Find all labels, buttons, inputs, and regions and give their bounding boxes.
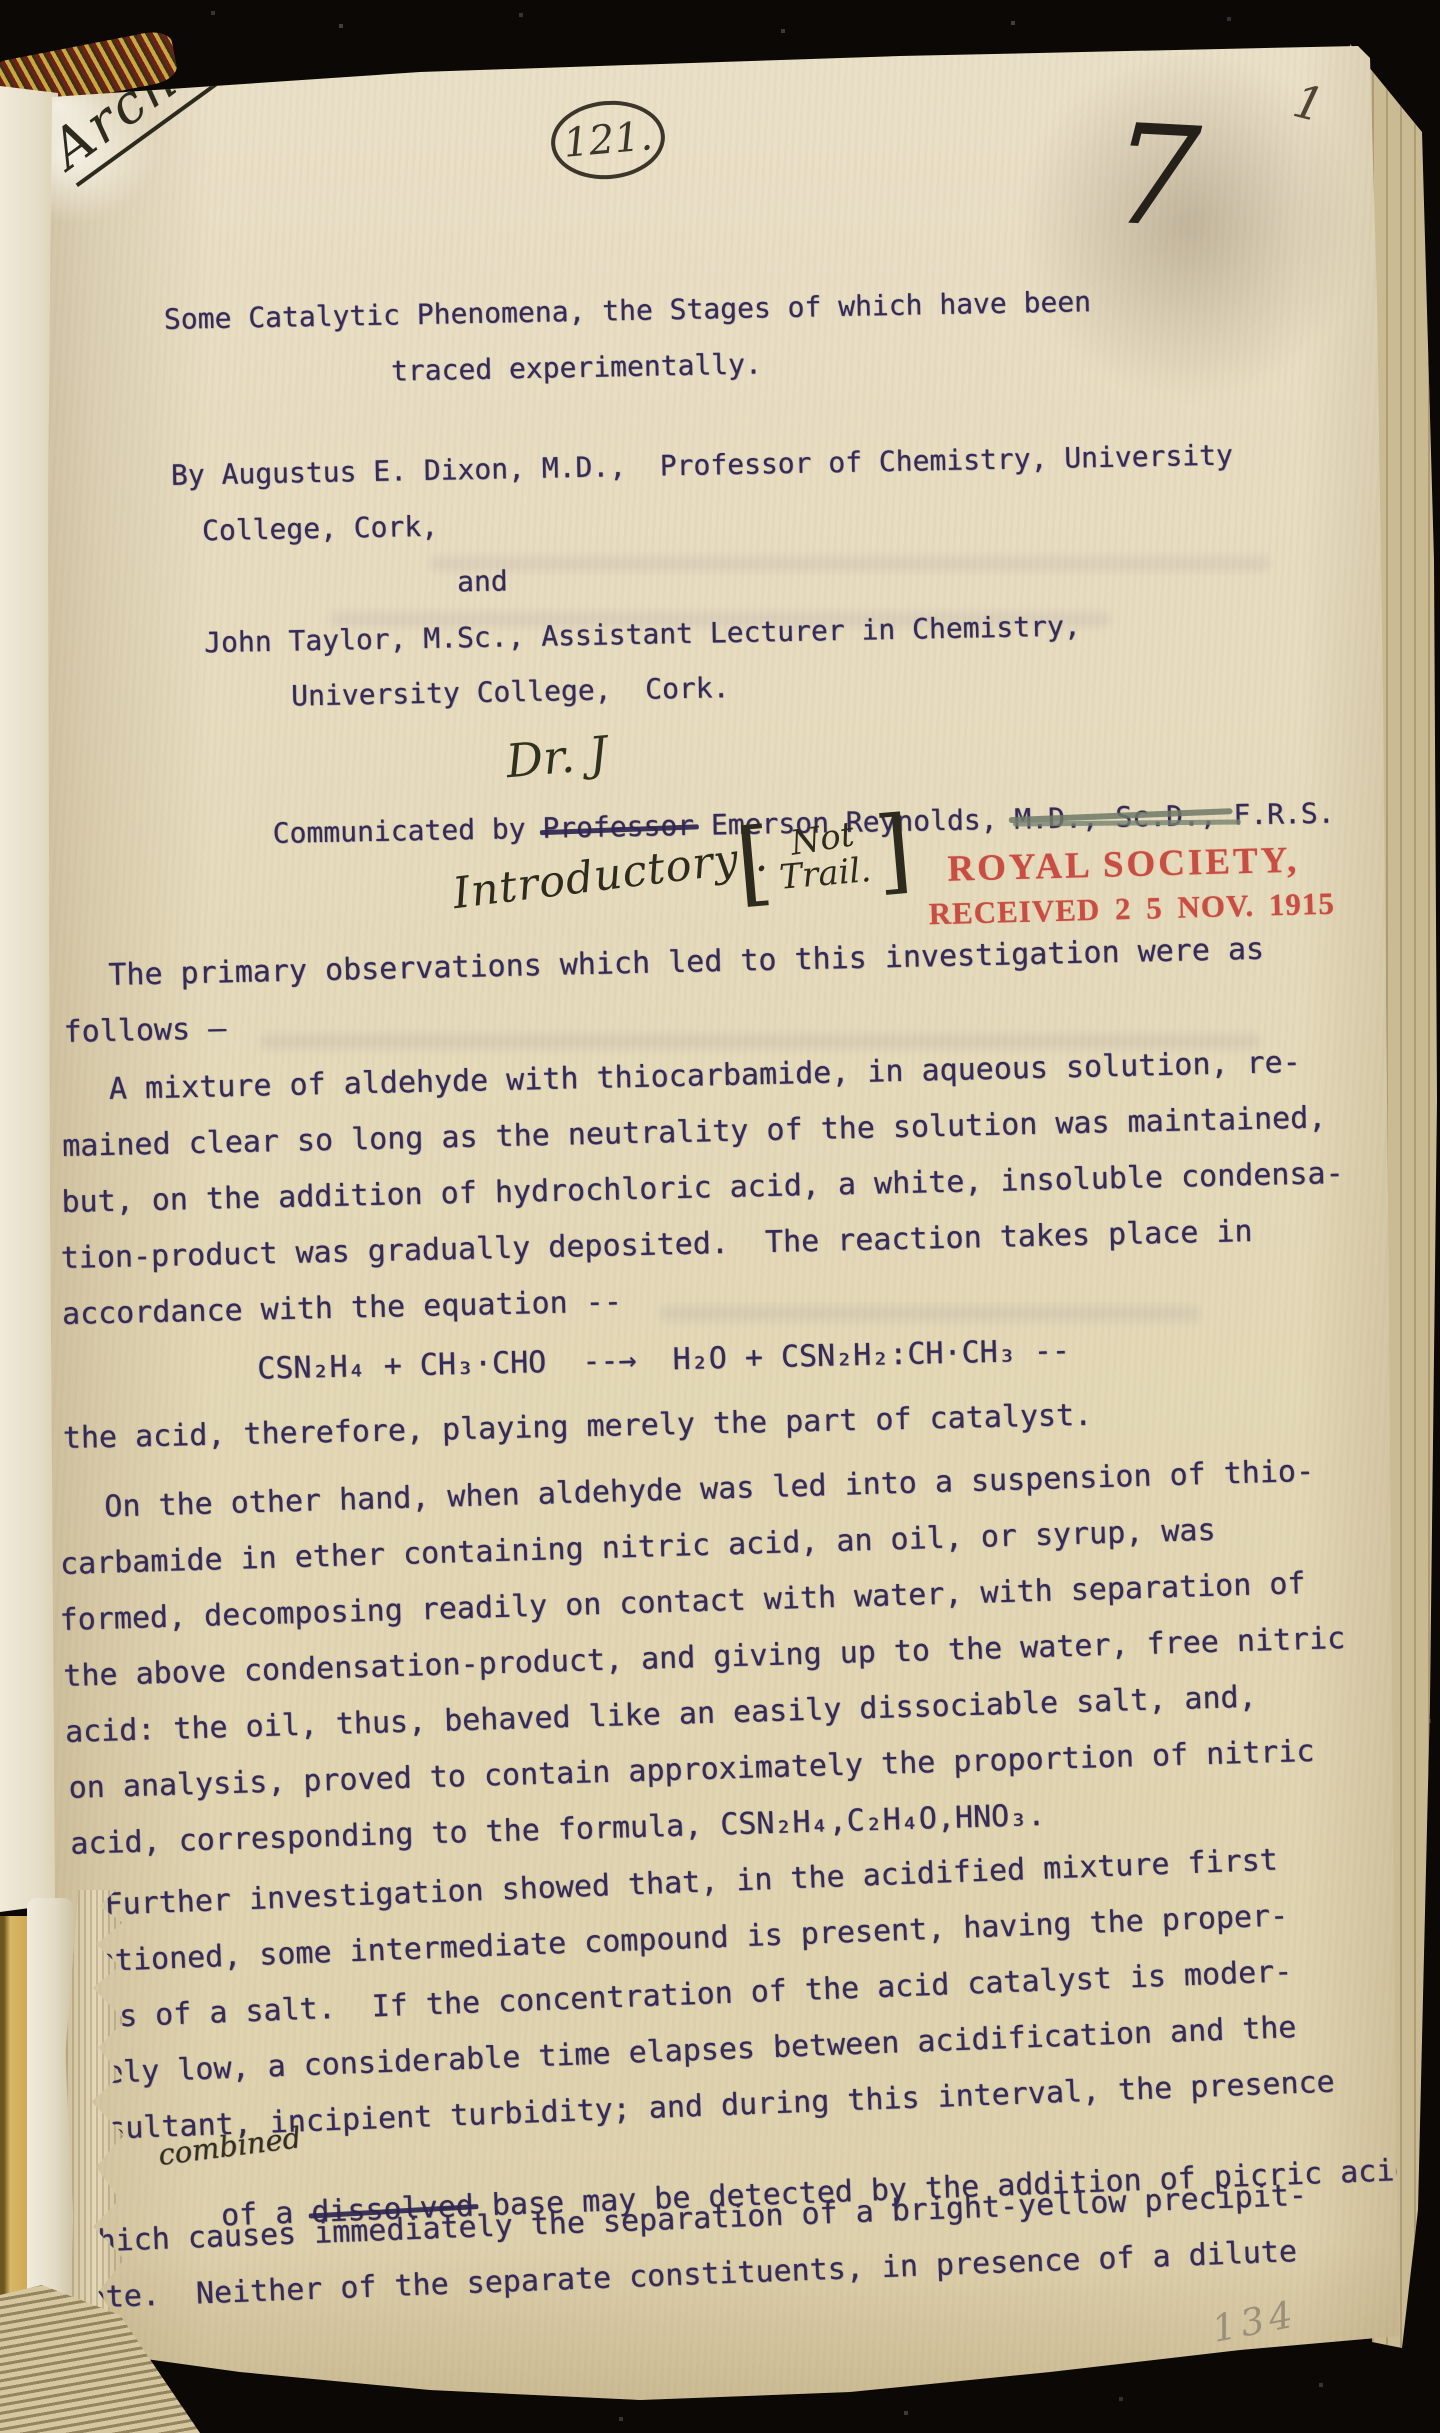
body-block-3: Further investigation showed that, in th… [0, 0, 1440, 2433]
manuscript-page: Archives 121. 1 7 Some Catalytic Phenome… [0, 0, 1440, 2433]
dust-speckles [0, 0, 2, 2]
photograph-of-manuscript: Archives 121. 1 7 Some Catalytic Phenome… [0, 0, 1440, 2433]
